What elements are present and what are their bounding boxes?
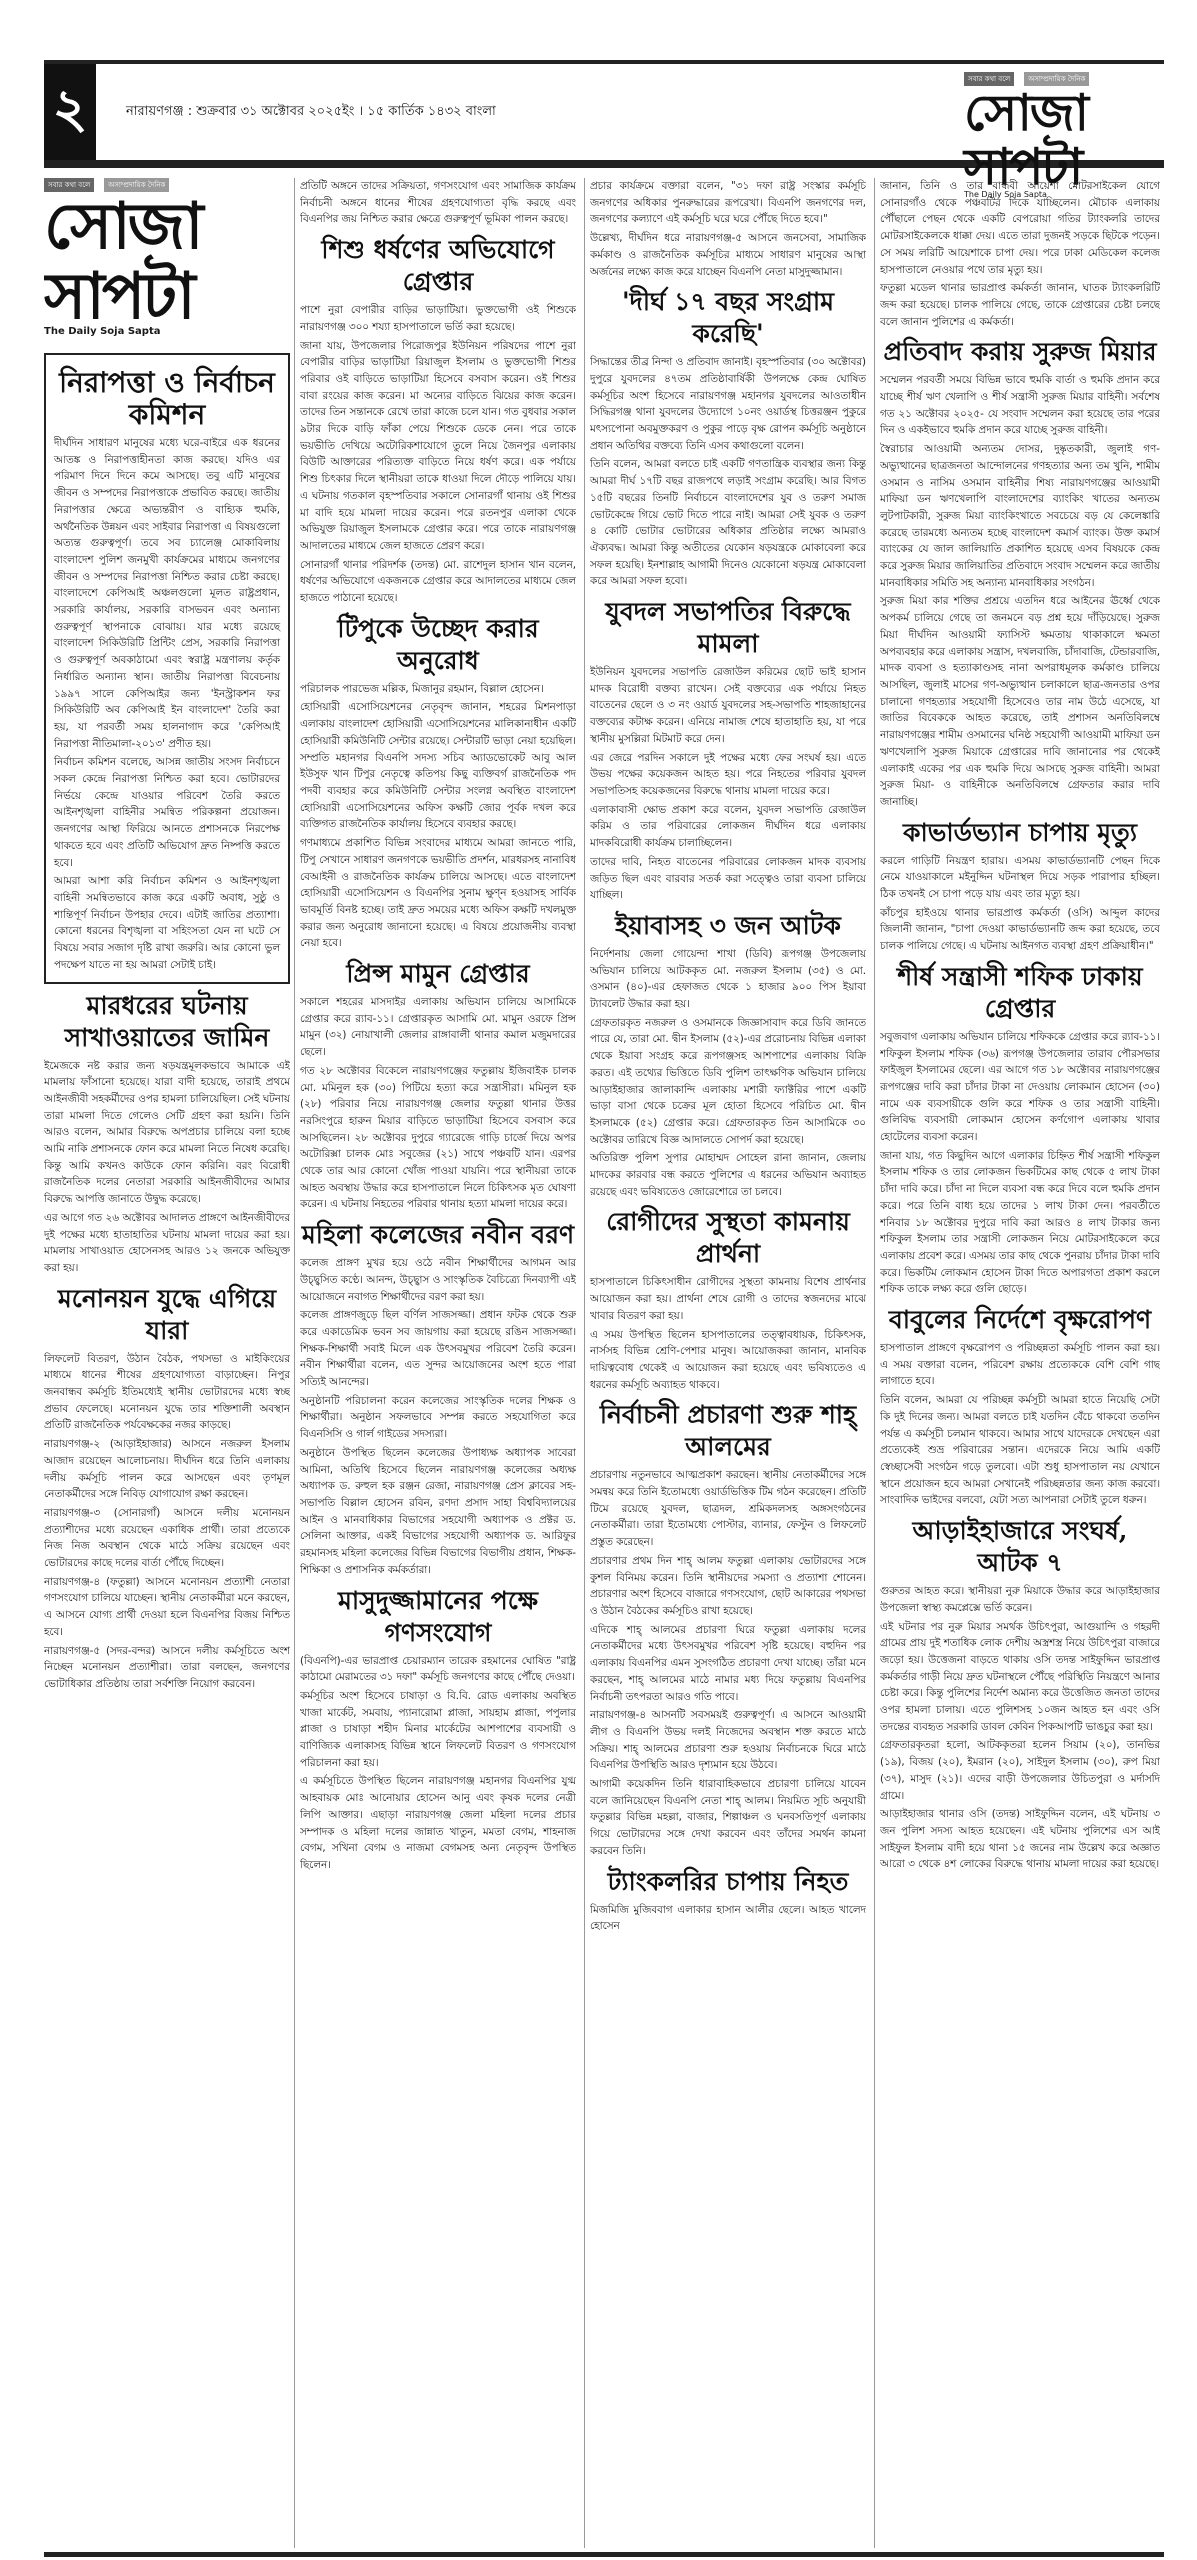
article-paragraph: হাসপাতালে চিকিৎসাধীন রোগীদের সুস্থতা কাম… — [590, 1274, 866, 1324]
article-paragraph: কলেজ প্রাঙ্গণ মুখর হয়ে ওঠে নবীন শিক্ষার… — [300, 1255, 576, 1305]
article-paragraph: (বিএনপি)-এর ভারপ্রাপ্ত চেয়ারম্যান তারেক… — [300, 1653, 576, 1686]
article-headline: মাসুদুজ্জামানের পক্ষে গণসংযোগ — [300, 1585, 576, 1649]
article: প্রিন্স মামুন গ্রেপ্তার সকালে শহরের মাসদ… — [300, 958, 576, 1213]
article-headline: মনোনয়ন যুদ্ধে এগিয়ে যারা — [44, 1283, 290, 1347]
article-paragraph: অনুষ্ঠানে উপস্থিত ছিলেন কলেজের উপাধ্যক্ষ… — [300, 1445, 576, 1579]
article-paragraph: কাঁচপুর হাইওয়ে থানার ভারপ্রাপ্ত কর্মকর্… — [880, 905, 1160, 955]
article: ট্যাংকলরির চাপায় নিহত মিজমিজি মুজিববাগ … — [590, 1866, 866, 1935]
article: মাসুদুজ্জামানের পক্ষে গণসংযোগ (বিএনপি)-এ… — [300, 1585, 576, 1874]
article-paragraph: কর্মসূচির অংশ হিসেবে চাষাড়া ও বি.বি. রো… — [300, 1688, 576, 1772]
article-paragraph: অনুষ্ঠানটি পরিচালনা করেন কলেজের সাংস্কৃত… — [300, 1393, 576, 1443]
article-paragraph: এ সময় উপস্থিত ছিলেন হাসপাতালের তত্ত্বাব… — [590, 1327, 866, 1394]
article-paragraph: গ্রেফতারকৃত নজরুল ও ওসমানকে জিজ্ঞাসাবাদ … — [590, 1015, 866, 1149]
article-headline: 'দীর্ঘ ১৭ বছর সংগ্রাম করেছি' — [590, 286, 866, 350]
masthead-large: সবার কথা বলে অসাম্প্রদায়িক দৈনিক সোজা স… — [44, 178, 290, 337]
article-headline: বাবুলের নির্দেশে বৃক্ষরোপণ — [880, 1304, 1160, 1336]
article-paragraph: করলে গাড়িটি নিয়ন্ত্রণ হারায়। এসময় কা… — [880, 853, 1160, 903]
article-paragraph: এ কর্মসূচিতে উপস্থিত ছিলেন নারায়ণগঞ্জ ম… — [300, 1773, 576, 1873]
article-paragraph: পরিচালক পারভেজ মল্লিক, মিজানুর রহমান, বি… — [300, 681, 576, 698]
column-3: প্রচার কার্যক্রমে বক্তারা বলেন, "৩১ দফা … — [590, 178, 866, 2548]
article-paragraph: সোনারগাঁ থানার পরিদর্শক (তদন্ত) মো. রাশে… — [300, 557, 576, 607]
lead-in-paragraph: জানান, তিনি ও তার বান্ধবী আয়েশা মোটরসাই… — [880, 178, 1160, 278]
article: 'দীর্ঘ ১৭ বছর সংগ্রাম করেছি' সিদ্ধান্তের… — [590, 286, 866, 590]
column-2: প্রতিটি অঙ্গনে তাদের সক্রিয়তা, গণসংযোগ … — [300, 178, 576, 2548]
article-paragraph: গণমাধ্যমে প্রকাশিত বিভিন্ন সংবাদের মাধ্য… — [300, 835, 576, 952]
article-paragraph: লিফলেট বিতরণ, উঠান বৈঠক, পথসভা ও মাইকিংয… — [44, 1351, 290, 1435]
article-headline: প্রিন্স মামুন গ্রেপ্তার — [300, 958, 576, 990]
article: আড়াইহাজারে সংঘর্ষ, আটক ৭ গুরুতর আহত করে… — [880, 1515, 1160, 1873]
article-paragraph: নারায়ণগঞ্জ-৩ (সোনারগাঁ) আসনে দলীয় মনোন… — [44, 1505, 290, 1572]
article-paragraph: ইউনিয়ন যুবদলের সভাপতি রেজাউল করিমের ছোট… — [590, 664, 866, 748]
article-paragraph: প্রচারণার প্রথম দিন শাহ্ আলম ফতুল্লা এলা… — [590, 1553, 866, 1620]
article: শীর্ষ সন্ত্রাসী শফিক ঢাকায় গ্রেপ্তার সব… — [880, 961, 1160, 1298]
editorial-box: নিরাপত্তা ও নির্বাচন কমিশন দীর্ঘদিন সাধা… — [44, 353, 290, 984]
article-headline: ট্যাংকলরির চাপায় নিহত — [590, 1866, 866, 1898]
bottom-rule — [44, 2552, 1164, 2557]
article-headline: কাভার্ডভ্যান চাপায় মৃত্যু — [880, 817, 1160, 849]
article-paragraph: কলেজ প্রাঙ্গণজুড়ে ছিল বর্ণিল সাজসজ্জা। … — [300, 1307, 576, 1391]
column-4: জানান, তিনি ও তার বান্ধবী আয়েশা মোটরসাই… — [880, 178, 1160, 2548]
article-paragraph: প্রচারণায় নতুনভাবে আত্মপ্রকাশ করছেন। স্… — [590, 1467, 866, 1551]
article-headline: শীর্ষ সন্ত্রাসী শফিক ঢাকায় গ্রেপ্তার — [880, 961, 1160, 1025]
article: প্রতিবাদ করায় সুরুজ মিয়ার সম্মেলন পরবর… — [880, 336, 1160, 810]
article-paragraph: মিজমিজি মুজিববাগ এলাকার হাসান আলীর ছেলে।… — [590, 1902, 866, 1935]
article-paragraph: তিনি বলেন, আমরা যে পরিচ্ছন্ন কর্মসূচী আম… — [880, 1392, 1160, 1509]
editorial-headline: নিরাপত্তা ও নির্বাচন কমিশন — [54, 367, 280, 431]
article-paragraph: গ্রেফতারকৃতরা হলো, আটককৃতরা হলেন সিয়াম … — [880, 1737, 1160, 1804]
article-paragraph: এই ঘটনার পর নুরু মিয়ার সমর্থক উচিৎপুরা,… — [880, 1619, 1160, 1736]
article-paragraph: জানা যায়, উপজেলার পিরোজপুর ইউনিয়ন পরিষ… — [300, 338, 576, 555]
article-paragraph: আড়াইহাজার থানার ওসি (তদন্ত) সাইফুদ্দিন … — [880, 1806, 1160, 1873]
article-paragraph: নির্দেশনায় জেলা গোয়েন্দা শাখা (ডিবি) র… — [590, 946, 866, 1013]
article-paragraph: এর আগে গত ২৬ অক্টোবর আদালত প্রাঙ্গণে আইন… — [44, 1210, 290, 1277]
article-headline: ইয়াবাসহ ৩ জন আটক — [590, 910, 866, 942]
editorial-paragraph: আমরা আশা করি নির্বাচন কমিশন ও আইনশৃঙ্খলা… — [54, 873, 280, 973]
article: ইয়াবাসহ ৩ জন আটক নির্দেশনায় জেলা গোয়ে… — [590, 910, 866, 1201]
article-paragraph: এলাকাবাসী ক্ষোভ প্রকাশ করে বলেন, যুবদল স… — [590, 802, 866, 852]
article-headline: নির্বাচনী প্রচারণা শুরু শাহ্ আলমের — [590, 1399, 866, 1463]
article: টিপুকে উচ্ছেদ করার অনুরোধ পরিচালক পারভেজ… — [300, 613, 576, 952]
newspaper-page: ২ নারায়ণগঞ্জ : শুক্রবার ৩১ অক্টোবর ২০২৫… — [44, 60, 1164, 168]
article-paragraph: সম্মেলন পরবর্তী সময়ে বিভিন্ন ভাবে হুমকি… — [880, 372, 1160, 439]
article-paragraph: অতিরিক্ত পুলিশ সুপার মোহাম্মদ সোহেল রানা… — [590, 1150, 866, 1200]
article: মহিলা কলেজের নবীন বরণ কলেজ প্রাঙ্গণ মুখর… — [300, 1219, 576, 1578]
article-paragraph: হাসপাতাল প্রাঙ্গণে বৃক্ষরোপণ ও পরিচ্ছন্ন… — [880, 1340, 1160, 1390]
column-1: সবার কথা বলে অসাম্প্রদায়িক দৈনিক সোজা স… — [44, 178, 290, 2548]
article: মনোনয়ন যুদ্ধে এগিয়ে যারা লিফলেট বিতরণ,… — [44, 1283, 290, 1693]
dateline: নারায়ণগঞ্জ : শুক্রবার ৩১ অক্টোবর ২০২৫ইং… — [126, 102, 496, 123]
article-headline: আড়াইহাজারে সংঘর্ষ, আটক ৭ — [880, 1515, 1160, 1579]
article-paragraph: সিদ্ধান্তের তীব্র নিন্দা ও প্রতিবাদ জানা… — [590, 354, 866, 454]
article-paragraph: এর জেরে পরদিন সকালে দুই পক্ষের মধ্যে ফের… — [590, 750, 866, 800]
article: শিশু ধর্ষণের অভিযোগে গ্রেপ্তার পাশে নুরা… — [300, 234, 576, 607]
editorial-paragraph: দীর্ঘদিন সাধারণ মানুষের মধ্যে ঘরে-বাইরে … — [54, 435, 280, 752]
article-paragraph: ইমেজকে নষ্ট করার জন্য ষড়যন্ত্রমূলকভাবে … — [44, 1058, 290, 1208]
lead-in-paragraph: ফতুল্লা মডেল থানার ভারপ্রাপ্ত কর্মকর্তা … — [880, 280, 1160, 330]
article-paragraph: তিনি বলেন, আমরা বলতে চাই একটি গণতান্ত্রি… — [590, 456, 866, 590]
article: মারধরের ঘটনায় সাখাওয়াতের জামিন ইমেজকে … — [44, 990, 290, 1277]
article-paragraph: সকালে শহরের মাসদাইর এলাকায় অভিযান চালিয… — [300, 994, 576, 1061]
lead-in-paragraph: প্রচার কার্যক্রমে বক্তারা বলেন, "৩১ দফা … — [590, 178, 866, 228]
article: রোগীদের সুস্থতা কামনায় প্রার্থনা হাসপাত… — [590, 1206, 866, 1393]
article-paragraph: আগামী কয়েকদিন তিনি ধারাবাহিকভাবে প্রচার… — [590, 1776, 866, 1860]
lead-in-paragraph: প্রতিটি অঙ্গনে তাদের সক্রিয়তা, গণসংযোগ … — [300, 178, 576, 228]
article-paragraph: স্বৈরাচার আওয়ামী অন্যতম দোসর, দুষ্কৃতকা… — [880, 441, 1160, 591]
article-paragraph: গুরুতর আহত করে। স্থানীয়রা নুরু মিয়াকে … — [880, 1583, 1160, 1616]
article-headline: রোগীদের সুস্থতা কামনায় প্রার্থনা — [590, 1206, 866, 1270]
article-paragraph: সবুজবাগ এলাকায় অভিযান চালিয়ে শফিককে গ্… — [880, 1029, 1160, 1146]
masthead-logo: সোজা সাপটা — [44, 192, 290, 332]
lead-in-paragraph: উল্লেখ্য, দীর্ঘদিন ধরে নারায়ণগঞ্জ-৫ আসন… — [590, 230, 866, 280]
editorial-paragraph: নির্বাচন কমিশন বলেছে, আসন্ন জাতীয় সংসদ … — [54, 754, 280, 871]
article: যুবদল সভাপতির বিরুদ্ধে মামলা ইউনিয়ন যুব… — [590, 596, 866, 904]
article-paragraph: এদিকে শাহ্ আলমের প্রচারণা ঘিরে ফতুল্লা এ… — [590, 1622, 866, 1706]
columns: সবার কথা বলে অসাম্প্রদায়িক দৈনিক সোজা স… — [44, 178, 1164, 2548]
article-paragraph: গত ২৮ অক্টোবর বিকেলে নারায়ণগঞ্জের ফতুল্… — [300, 1063, 576, 1213]
article-paragraph: হোসিয়ারী এসোসিয়েশনের নেতৃবৃন্দ জানান, … — [300, 699, 576, 833]
article-headline: মহিলা কলেজের নবীন বরণ — [300, 1219, 576, 1251]
article-headline: মারধরের ঘটনায় সাখাওয়াতের জামিন — [44, 990, 290, 1054]
article-paragraph: নারায়ণগঞ্জ-২ (আড়াইহাজার) আসনে নজরুল ইস… — [44, 1436, 290, 1503]
article-paragraph: নারায়ণগঞ্জ-৪ আসনটি সবসময়ই গুরুত্বপূর্ণ… — [590, 1707, 866, 1774]
article-paragraph: নারায়ণগঞ্জ-৪ (ফতুল্লা) আসনে মনোনয়ন প্র… — [44, 1574, 290, 1641]
article-headline: টিপুকে উচ্ছেদ করার অনুরোধ — [300, 613, 576, 677]
page-header: ২ নারায়ণগঞ্জ : শুক্রবার ৩১ অক্টোবর ২০২৫… — [44, 60, 1164, 168]
article-paragraph: নারায়ণগঞ্জ-৫ (সদর-বন্দর) আসনে দলীয় কর্… — [44, 1643, 290, 1693]
article: কাভার্ডভ্যান চাপায় মৃত্যু করলে গাড়িটি … — [880, 817, 1160, 955]
article-paragraph: পাশে নুরা বেপারীর বাড়ির ভাড়াটিয়া। ভুক… — [300, 302, 576, 335]
article-paragraph: সুরুজ মিয়া কার শক্তির প্রশ্রয়ে এতদিন ধ… — [880, 593, 1160, 810]
article-paragraph: জানা যায়, গত কিছুদিন আগে এলাকার চিহ্নিত… — [880, 1148, 1160, 1298]
article: বাবুলের নির্দেশে বৃক্ষরোপণ হাসপাতাল প্রা… — [880, 1304, 1160, 1509]
article-paragraph: তাদের দাবি, নিহত বাতেনের পরিবারের লোকজন … — [590, 854, 866, 904]
article-headline: যুবদল সভাপতির বিরুদ্ধে মামলা — [590, 596, 866, 660]
article-headline: প্রতিবাদ করায় সুরুজ মিয়ার — [880, 336, 1160, 368]
article: নির্বাচনী প্রচারণা শুরু শাহ্ আলমের প্রচা… — [590, 1399, 866, 1859]
page-number: ২ — [44, 64, 96, 160]
article-headline: শিশু ধর্ষণের অভিযোগে গ্রেপ্তার — [300, 234, 576, 298]
